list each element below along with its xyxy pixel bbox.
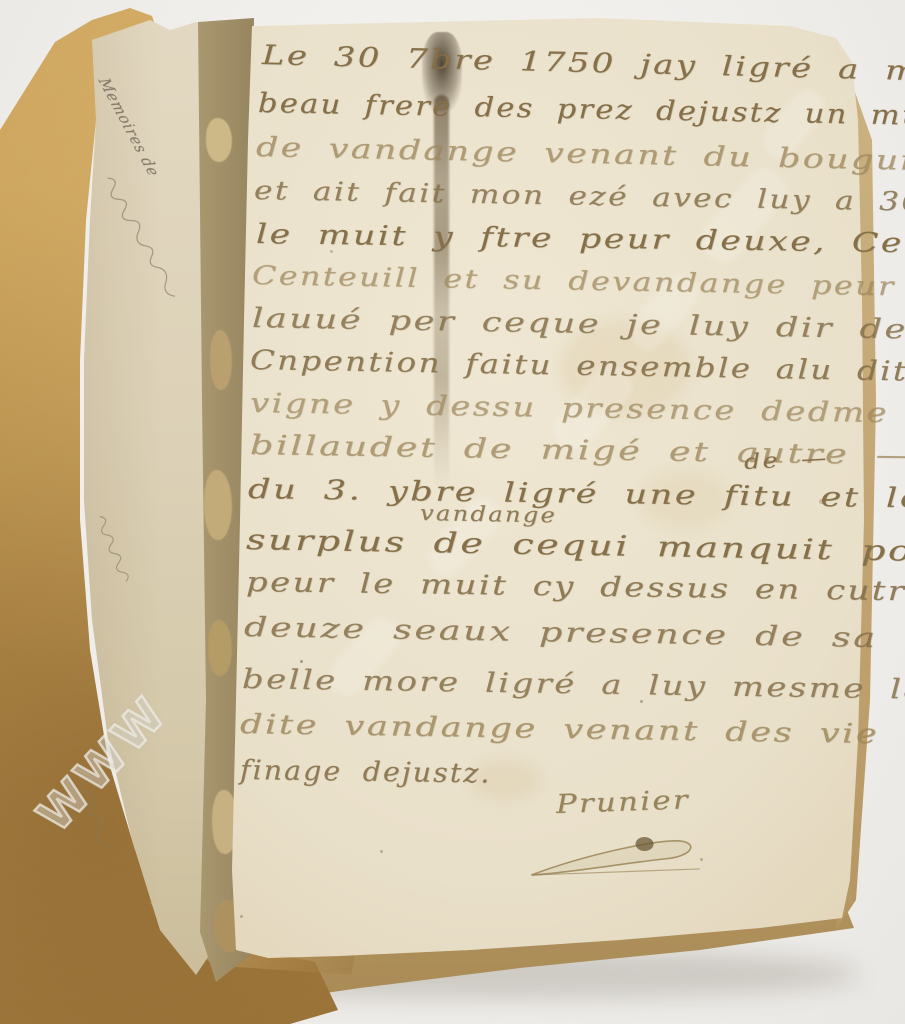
manuscript-interline-insert: vandange xyxy=(420,501,558,527)
paper-specks xyxy=(300,660,303,663)
manuscript-line: finage dejustz. xyxy=(240,755,492,790)
spine-torn-fragment xyxy=(208,620,232,676)
signature: Prunier xyxy=(555,785,690,820)
spine-torn-fragment xyxy=(206,118,232,162)
manuscript-superscript: de — xyxy=(743,446,829,474)
book: Memoires de Le 30 7bre 1750 jay ligré a … xyxy=(0,0,905,1024)
spine-torn-fragment xyxy=(204,470,232,540)
spine-torn-fragment xyxy=(210,330,232,390)
signature-paraph xyxy=(523,823,709,895)
